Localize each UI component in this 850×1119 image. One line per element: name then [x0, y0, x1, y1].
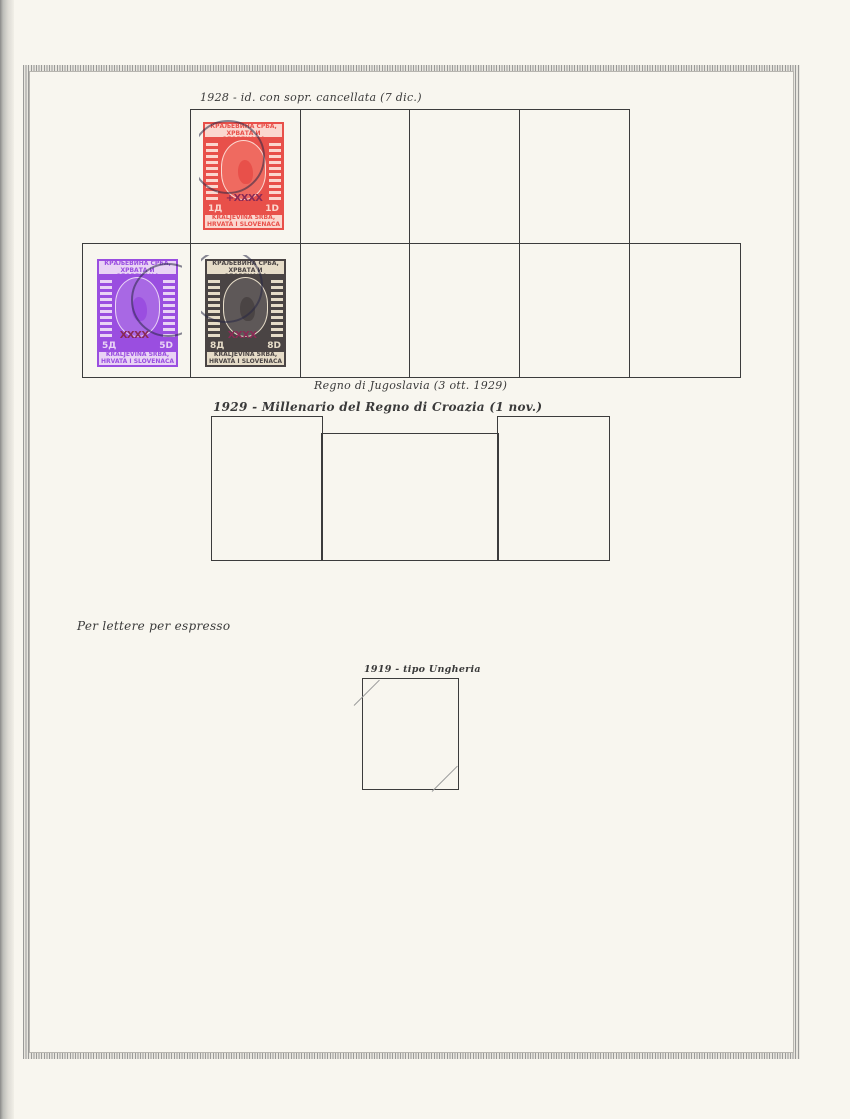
denomination-right: 5D — [159, 341, 173, 351]
denomination-right: 1D — [265, 204, 279, 214]
stamp-slot-empty[interactable] — [519, 109, 630, 244]
stamp-slot-empty[interactable] — [409, 243, 520, 378]
overprint: +XXXX — [226, 193, 263, 204]
stamp-bottom-legend: KRALJEVINA SRBA, HRVATA I SLOVENACA — [99, 352, 176, 365]
footnote-regno-jugoslavia: Regno di Jugoslavia (3 ott. 1929) — [314, 379, 507, 392]
stamp-1d-red[interactable]: КРАЉЕВИНА СРБА, ХРВАТА И СЛОВЕНАЦА 1Д 1D… — [196, 115, 291, 237]
denomination-left: 1Д — [208, 204, 222, 214]
denomination-left: 8Д — [210, 341, 224, 351]
stamp-slot[interactable]: КРАЉЕВИНА СРБА, ХРВАТА И СЛОВЕНАЦА 5Д 5D… — [82, 243, 191, 378]
section-caption-1928-overprint: 1928 - id. con sopr. cancellata (7 dic.) — [200, 91, 422, 104]
ornament-left — [100, 277, 112, 337]
stamp-slot-empty[interactable] — [629, 243, 741, 378]
stamp-slot-empty[interactable] — [300, 109, 410, 244]
stamp-slot-empty-portrait[interactable] — [211, 416, 323, 561]
album-binding-edge — [0, 0, 14, 1119]
stamp-slot[interactable]: КРАЉЕВИНА СРБА, ХРВАТА И СЛОВЕНАЦА 1Д 1D… — [190, 109, 301, 244]
stamp-slot-empty[interactable] — [519, 243, 630, 378]
stamp-slot[interactable]: КРАЉЕВИНА СРБА, ХРВАТА И СЛОВЕНАЦА 8Д 8D… — [190, 243, 301, 378]
denomination-right: 8D — [267, 341, 281, 351]
stamp-bottom-legend: KRALJEVINA SRBA, HRVATA I SLOVENACA — [205, 215, 282, 228]
stamp-slot-empty-square[interactable] — [362, 678, 459, 790]
ornament-right — [271, 277, 283, 337]
ornament-right — [269, 140, 281, 200]
stamp-5d-violet[interactable]: КРАЉЕВИНА СРБА, ХРВАТА И СЛОВЕНАЦА 5Д 5D… — [90, 252, 185, 374]
stamp-slot-empty[interactable] — [300, 243, 410, 378]
section-heading-espresso: Per lettere per espresso — [77, 619, 230, 633]
overprint: XXXX — [120, 330, 149, 341]
stamp-slot-empty-landscape[interactable] — [321, 433, 499, 561]
denomination-left: 5Д — [102, 341, 116, 351]
stamp-8d-black-brown[interactable]: КРАЉЕВИНА СРБА, ХРВАТА И СЛОВЕНАЦА 8Д 8D… — [198, 252, 293, 374]
overprint: XXXX — [228, 330, 257, 341]
stamp-slot-empty-portrait[interactable] — [497, 416, 610, 561]
stamp-slot-empty[interactable] — [409, 109, 520, 244]
section-caption-1929-millenario: 1929 - Millenario del Regno di Croazia (… — [213, 400, 542, 414]
section-caption-1919-ungheria: 1919 - tipo Ungheria — [364, 664, 481, 675]
stamp-bottom-legend: KRALJEVINA SRBA, HRVATA I SLOVENACA — [207, 352, 284, 365]
